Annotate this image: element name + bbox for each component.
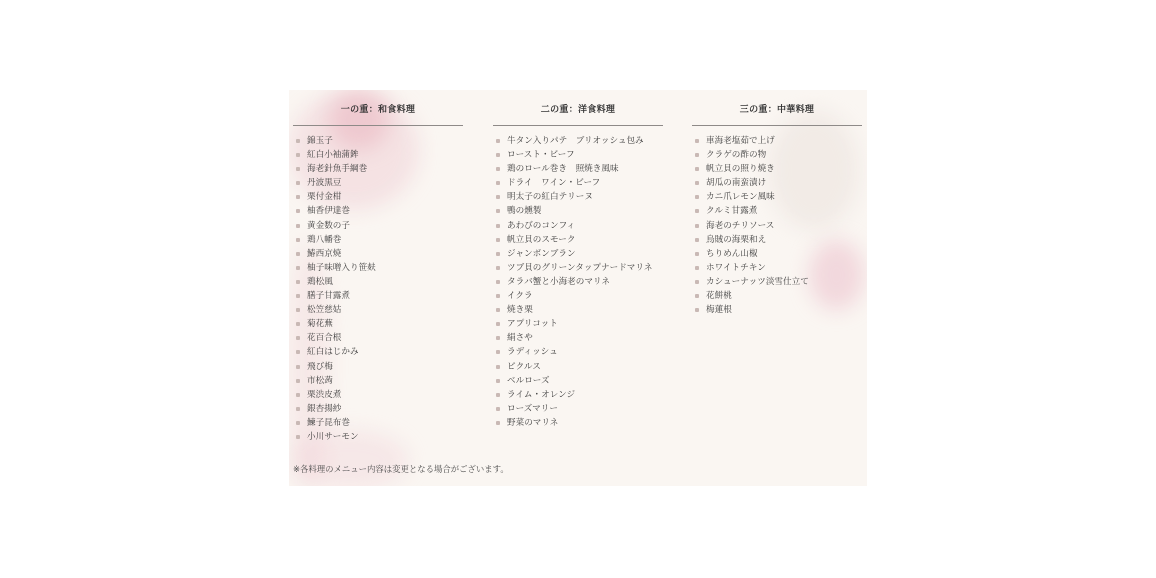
- menu-item: クラゲの酢の物: [692, 148, 862, 162]
- menu-item-label: 胡瓜の南蛮漬け: [706, 178, 766, 188]
- menu-item: 焼き栗: [493, 303, 663, 317]
- bullet-icon: [695, 238, 699, 242]
- menu-item-label: 飛び梅: [307, 362, 333, 372]
- menu-item-label: ちりめん山椒: [706, 249, 758, 259]
- bullet-icon: [695, 224, 699, 228]
- bullet-icon: [496, 322, 500, 326]
- menu-item-label: カシューナッツ淡雪仕立て: [706, 277, 809, 287]
- menu-item: あわびのコンフィ: [493, 219, 663, 233]
- menu-item: 銀杏揚紗: [293, 402, 463, 416]
- column-washoku: 一の重：和食料理 錦玉子紅白小袖蒲鉾海老針魚手綱巻丹波黒豆栗付金柑柚香伊達巻黄金…: [293, 90, 463, 450]
- menu-item-label: 松笠慈姑: [307, 305, 341, 315]
- menu-item-label: 鰆西京焼: [307, 249, 341, 259]
- bullet-icon: [695, 167, 699, 171]
- menu-item: ジャンボンブラン: [493, 247, 663, 261]
- menu-item-label: 花百合根: [307, 333, 341, 343]
- menu-item-label: ラディッシュ: [507, 347, 558, 357]
- menu-item-label: 海老のチリソース: [706, 221, 774, 231]
- bullet-icon: [296, 435, 300, 439]
- bullet-icon: [496, 195, 500, 199]
- menu-item-label: 柚子味噌入り笹麸: [307, 263, 376, 273]
- menu-item: 菊花蕪: [293, 317, 463, 331]
- column-title: 二の重：洋食料理: [493, 90, 663, 126]
- menu-item: 黄金数の子: [293, 219, 463, 233]
- menu-item-label: 帆立貝のスモーク: [507, 235, 575, 245]
- menu-item: クルミ甘露煮: [692, 204, 862, 218]
- menu-item-label: ドライ ワイン・ビーフ: [507, 178, 600, 188]
- bullet-icon: [296, 224, 300, 228]
- menu-item-label: 鶏のロール巻き 照焼き風味: [507, 164, 619, 174]
- column-title: 三の重：中華料理: [692, 90, 862, 126]
- bullet-icon: [296, 181, 300, 185]
- menu-item-label: 膳子甘露煮: [307, 291, 350, 301]
- menu-item: 野菜のマリネ: [493, 416, 663, 430]
- bullet-icon: [496, 421, 500, 425]
- menu-item: 紅白はじかみ: [293, 345, 463, 359]
- bullet-icon: [296, 139, 300, 143]
- disclaimer-note: ※各料理のメニュー内容は変更となる場合がございます。: [293, 463, 509, 475]
- menu-item: ローズマリー: [493, 402, 663, 416]
- bullet-icon: [496, 139, 500, 143]
- item-list: 錦玉子紅白小袖蒲鉾海老針魚手綱巻丹波黒豆栗付金柑柚香伊達巻黄金数の子鶏八幡巻鰆西…: [293, 134, 463, 444]
- menu-item-label: 烏賊の海栗和え: [706, 235, 766, 245]
- bullet-icon: [296, 379, 300, 383]
- menu-item: 車海老塩茹で上げ: [692, 134, 862, 148]
- menu-item: 松笠慈姑: [293, 303, 463, 317]
- menu-item: 丹波黒豆: [293, 176, 463, 190]
- menu-item: 鴨の燻製: [493, 204, 663, 218]
- bullet-icon: [296, 350, 300, 354]
- menu-item-label: 黄金数の子: [307, 221, 350, 231]
- menu-item: 絹さや: [493, 331, 663, 345]
- menu-item: 紅白小袖蒲鉾: [293, 148, 463, 162]
- menu-item: 胡瓜の南蛮漬け: [692, 176, 862, 190]
- menu-item: ドライ ワイン・ビーフ: [493, 176, 663, 190]
- menu-item-label: 紅白はじかみ: [307, 347, 359, 357]
- menu-columns: 一の重：和食料理 錦玉子紅白小袖蒲鉾海老針魚手綱巻丹波黒豆栗付金柑柚香伊達巻黄金…: [293, 90, 863, 450]
- bullet-icon: [695, 195, 699, 199]
- bullet-icon: [296, 195, 300, 199]
- menu-item-label: イクラ: [507, 291, 533, 301]
- menu-item: 海老のチリソース: [692, 219, 862, 233]
- menu-item-label: 菊花蕪: [307, 319, 333, 329]
- bullet-icon: [496, 209, 500, 213]
- bullet-icon: [296, 209, 300, 213]
- menu-item-label: 紅白小袖蒲鉾: [307, 150, 359, 160]
- column-title: 一の重：和食料理: [293, 90, 463, 126]
- bullet-icon: [496, 252, 500, 256]
- bullet-icon: [296, 238, 300, 242]
- menu-item-label: ベルローズ: [507, 376, 550, 386]
- bullet-icon: [296, 421, 300, 425]
- menu-item: アプリコット: [493, 317, 663, 331]
- menu-item: 柚香伊達巻: [293, 204, 463, 218]
- menu-item-label: ツブ貝のグリーンタップナードマリネ: [507, 263, 652, 273]
- bullet-icon: [695, 294, 699, 298]
- menu-item: カニ爪レモン風味: [692, 190, 862, 204]
- bullet-icon: [296, 294, 300, 298]
- menu-item-label: 銀杏揚紗: [307, 404, 341, 414]
- menu-item: 烏賊の海栗和え: [692, 233, 862, 247]
- bullet-icon: [296, 322, 300, 326]
- menu-item-label: 小川サーモン: [307, 432, 359, 442]
- bullet-icon: [296, 407, 300, 411]
- menu-item-label: タラバ蟹と小海老のマリネ: [507, 277, 610, 287]
- bullet-icon: [296, 266, 300, 270]
- bullet-icon: [496, 393, 500, 397]
- bullet-icon: [496, 280, 500, 284]
- menu-item: 帆立貝の照り焼き: [692, 162, 862, 176]
- menu-item: 花百合根: [293, 331, 463, 345]
- menu-item: ピクルス: [493, 360, 663, 374]
- bullet-icon: [695, 139, 699, 143]
- menu-item-label: ロースト・ビーフ: [507, 150, 575, 160]
- menu-item: 柚子味噌入り笹麸: [293, 261, 463, 275]
- menu-item-label: 帆立貝の照り焼き: [706, 164, 775, 174]
- menu-item-label: 市松蒟: [307, 376, 333, 386]
- menu-item: ロースト・ビーフ: [493, 148, 663, 162]
- menu-item: 帆立貝のスモーク: [493, 233, 663, 247]
- menu-item: 海老針魚手綱巻: [293, 162, 463, 176]
- menu-item: 市松蒟: [293, 374, 463, 388]
- bullet-icon: [496, 181, 500, 185]
- menu-item-label: 梅蓮根: [706, 305, 732, 315]
- menu-item-label: あわびのコンフィ: [507, 221, 575, 231]
- menu-item-label: 花餅桃: [706, 291, 732, 301]
- bullet-icon: [496, 238, 500, 242]
- bullet-icon: [695, 266, 699, 270]
- bullet-icon: [296, 365, 300, 369]
- menu-item-label: クルミ甘露煮: [706, 206, 757, 216]
- bullet-icon: [496, 350, 500, 354]
- menu-item: ラディッシュ: [493, 345, 663, 359]
- menu-item-label: 鶏松風: [307, 277, 333, 287]
- bullet-icon: [496, 308, 500, 312]
- bullet-icon: [296, 153, 300, 157]
- bullet-icon: [496, 153, 500, 157]
- item-list: 車海老塩茹で上げクラゲの酢の物帆立貝の照り焼き胡瓜の南蛮漬けカニ爪レモン風味クル…: [692, 134, 862, 317]
- item-list: 牛タン入りパテ ブリオッシュ包みロースト・ビーフ鶏のロール巻き 照焼き風味ドライ…: [493, 134, 663, 430]
- menu-item: ツブ貝のグリーンタップナードマリネ: [493, 261, 663, 275]
- menu-item-label: 栗付金柑: [307, 192, 341, 202]
- menu-item: 鶏のロール巻き 照焼き風味: [493, 162, 663, 176]
- menu-item: 鶏松風: [293, 275, 463, 289]
- menu-item-label: 鰊子昆布巻: [307, 418, 350, 428]
- menu-item: カシューナッツ淡雪仕立て: [692, 275, 862, 289]
- bullet-icon: [496, 294, 500, 298]
- menu-item: 鶏八幡巻: [293, 233, 463, 247]
- bullet-icon: [496, 336, 500, 340]
- bullet-icon: [695, 209, 699, 213]
- menu-item: ライム・オレンジ: [493, 388, 663, 402]
- bullet-icon: [296, 280, 300, 284]
- menu-item: ホワイトチキン: [692, 261, 862, 275]
- menu-item: 花餅桃: [692, 289, 862, 303]
- bullet-icon: [496, 224, 500, 228]
- menu-item-label: ライム・オレンジ: [507, 390, 575, 400]
- menu-item: ベルローズ: [493, 374, 663, 388]
- bullet-icon: [296, 252, 300, 256]
- menu-item-label: 鴨の燻製: [507, 206, 541, 216]
- bullet-icon: [695, 280, 699, 284]
- menu-item: 鰊子昆布巻: [293, 416, 463, 430]
- menu-item-label: ホワイトチキン: [706, 263, 766, 273]
- bullet-icon: [695, 181, 699, 185]
- menu-item: 牛タン入りパテ ブリオッシュ包み: [493, 134, 663, 148]
- column-yoshoku: 二の重：洋食料理 牛タン入りパテ ブリオッシュ包みロースト・ビーフ鶏のロール巻き…: [493, 90, 663, 450]
- menu-item: 栗付金柑: [293, 190, 463, 204]
- menu-item: 明太子の紅白テリーヌ: [493, 190, 663, 204]
- menu-item-label: 錦玉子: [307, 136, 333, 146]
- menu-item: 栗渋皮煮: [293, 388, 463, 402]
- bullet-icon: [296, 336, 300, 340]
- menu-item: 膳子甘露煮: [293, 289, 463, 303]
- menu-item-label: クラゲの酢の物: [706, 150, 766, 160]
- bullet-icon: [296, 393, 300, 397]
- menu-item-label: 絹さや: [507, 333, 533, 343]
- menu-item-label: 鶏八幡巻: [307, 235, 341, 245]
- menu-item: ちりめん山椒: [692, 247, 862, 261]
- bullet-icon: [695, 252, 699, 256]
- menu-item: 小川サーモン: [293, 430, 463, 444]
- menu-item-label: 栗渋皮煮: [307, 390, 341, 400]
- bullet-icon: [695, 308, 699, 312]
- menu-item-label: 車海老塩茹で上げ: [706, 136, 775, 146]
- column-chuka: 三の重：中華料理 車海老塩茹で上げクラゲの酢の物帆立貝の照り焼き胡瓜の南蛮漬けカ…: [692, 90, 862, 450]
- menu-item: 梅蓮根: [692, 303, 862, 317]
- bullet-icon: [496, 365, 500, 369]
- menu-item-label: ローズマリー: [507, 404, 558, 414]
- bullet-icon: [296, 308, 300, 312]
- menu-item-label: 焼き栗: [507, 305, 533, 315]
- menu-item: タラバ蟹と小海老のマリネ: [493, 275, 663, 289]
- bullet-icon: [496, 167, 500, 171]
- bullet-icon: [496, 266, 500, 270]
- menu-item: 飛び梅: [293, 360, 463, 374]
- menu-item-label: 明太子の紅白テリーヌ: [507, 192, 593, 202]
- menu-item-label: ジャンボンブラン: [507, 249, 576, 259]
- menu-item: 鰆西京焼: [293, 247, 463, 261]
- menu-item-label: 柚香伊達巻: [307, 206, 350, 216]
- menu-item-label: 丹波黒豆: [307, 178, 341, 188]
- bullet-icon: [496, 379, 500, 383]
- menu-item-label: アプリコット: [507, 319, 558, 329]
- menu-item-label: ピクルス: [507, 362, 541, 372]
- menu-item-label: カニ爪レモン風味: [706, 192, 775, 202]
- menu-item-label: 野菜のマリネ: [507, 418, 558, 428]
- bullet-icon: [695, 153, 699, 157]
- menu-item-label: 海老針魚手綱巻: [307, 164, 367, 174]
- menu-item-label: 牛タン入りパテ ブリオッシュ包み: [507, 136, 644, 146]
- menu-panel: 一の重：和食料理 錦玉子紅白小袖蒲鉾海老針魚手綱巻丹波黒豆栗付金柑柚香伊達巻黄金…: [289, 90, 867, 486]
- bullet-icon: [496, 407, 500, 411]
- bullet-icon: [296, 167, 300, 171]
- menu-item: 錦玉子: [293, 134, 463, 148]
- menu-item: イクラ: [493, 289, 663, 303]
